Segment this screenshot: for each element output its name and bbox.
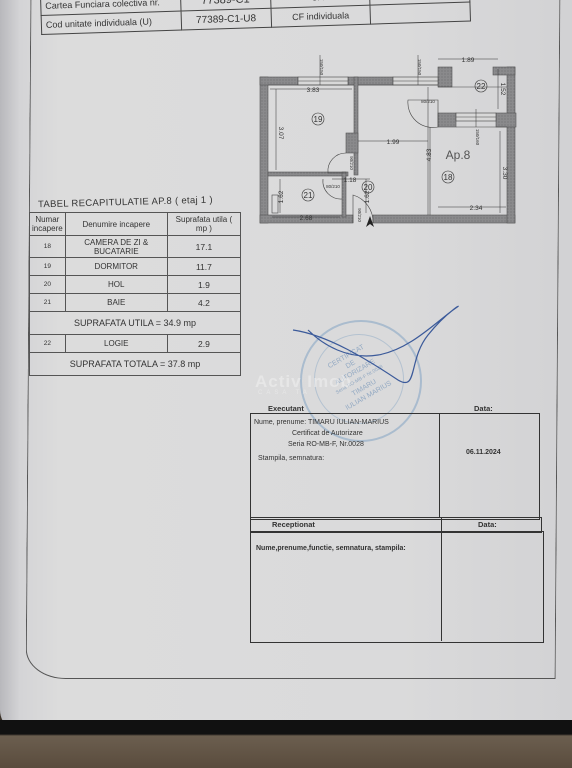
dim-room18-width: 2.34 [470,205,483,212]
useful-area-total: SUPRAFATA UTILA = 34.9 mp [30,312,241,335]
door-label-19: 90/210 [349,156,354,170]
dim-hall-width: 1.99 [387,139,400,146]
executant-stamp-label: Stampila, semnatura: [258,455,324,462]
dim-room19-height: 3.07 [277,127,284,140]
signature [288,300,468,410]
background-surface [0,720,572,768]
executant-name: Nume, prenume: TIMARU IULIAN-MARIUS [254,419,389,426]
grand-area-total: SUPRAFATA TOTALA = 37.8 mp [30,353,241,376]
door-label-entry: 90/210 [357,208,362,222]
apartment-label: Ap.8 [446,148,471,162]
watermark-brand: Activ Imob [255,372,352,392]
dim-room20-width: 1.18 [344,177,357,184]
floor-plan: 3.83 1.89 1.99 2.34 1.18 2.68 3.07 1.52 … [258,55,523,230]
door-label-21: 80/210 [326,184,340,189]
cf-individual-value [370,2,470,24]
window-label-room18: 150/160 [475,129,480,146]
executant-certificate: Certificat de Autorizare [292,430,363,437]
room-number-22: 22 [477,82,486,91]
unit-code-label: Cod unitate individuala (U) [41,11,181,34]
executant-date-label: Data: [474,404,493,413]
receptionat-fields-label: Nume,prenume,functie, semnatura, stampil… [256,545,406,552]
receptionat-label: Receptionat [272,520,315,529]
table-row: 22 LOGIE 2.9 [30,335,241,353]
table-row: 21 BAIE 4.2 [30,294,241,312]
room-number-20: 20 [364,183,373,192]
cf-individual-label: CF individuala [271,5,371,27]
document-page: Cartea Funciara colectiva nr. 77389-C1 U… [0,0,572,740]
dim-room19-width: 3.83 [307,87,320,94]
window-label-top: 150/150 [417,59,422,76]
executant-divider [439,413,440,518]
header-room-name: Denumire incapere [65,213,167,236]
room-number-19: 19 [314,115,323,124]
window-label-room19: 150/150 [319,59,324,76]
dim-total-height: 4.83 [426,148,433,161]
dim-room21-height: 1.62 [278,190,285,203]
room-number-21: 21 [304,191,313,200]
receptionat-date-label: Data: [478,520,497,529]
header-room-number: Numar incapere [30,213,66,236]
executant-date: 06.11.2024 [466,449,501,456]
dim-room22-height: 1.52 [499,83,506,96]
executant-serial: Seria RO-MB-F, Nr.0028 [288,441,364,448]
watermark-tagline: CASA TA [258,390,311,396]
dim-room18-height: 3.30 [501,167,508,180]
receptionat-divider [441,517,442,641]
summary-table: Numar incapere Denumire incapere Suprafa… [29,212,241,376]
table-row: 20 HOL 1.9 [30,276,241,294]
header-room-area: Suprafata utila ( mp ) [167,213,240,236]
unit-code-value: 77389-C1-U8 [181,8,271,30]
dim-room21-width: 2.68 [300,215,313,222]
table-row: 19 DORMITOR 11.7 [30,258,241,276]
table-row: 18 CAMERA DE ZI & BUCATARIE 17.1 [30,236,241,258]
dim-room22-width: 1.89 [462,57,475,64]
room-number-18: 18 [444,173,453,182]
executant-label: Executant [268,404,304,413]
door-label-22: 80/210 [421,99,435,104]
